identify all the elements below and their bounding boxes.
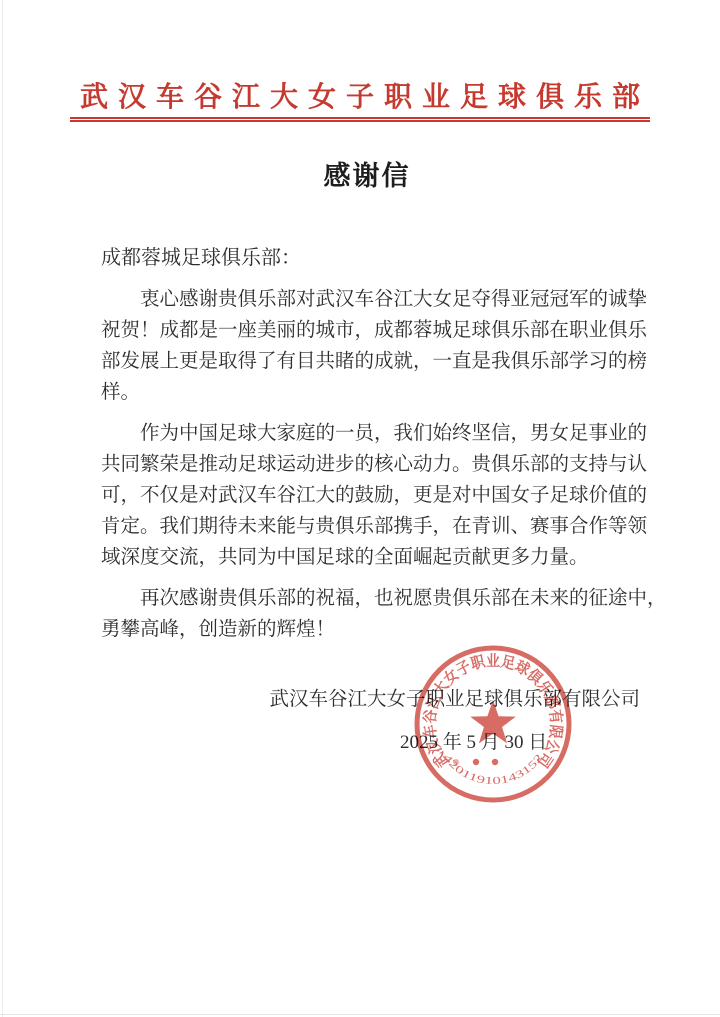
seal-star-icon <box>470 700 516 743</box>
scan-edge-left <box>2 0 3 1017</box>
letter-title: 感谢信 <box>0 160 720 192</box>
letter-body: 成都蓉城足球俱乐部： 衷心感谢贵俱乐部对武汉车谷江大女足夺得亚冠冠军的诚挚 祝贺… <box>101 243 667 645</box>
seal-dot <box>473 759 479 765</box>
seal-dot <box>453 759 459 765</box>
letter-line: 共同繁荣是推动足球运动进步的核心动力。贵俱乐部的支持与认 <box>101 449 667 480</box>
letter-line: 域深度交流，共同为中国足球的全面崛起贡献更多力量。 <box>101 542 667 573</box>
letter-line: 可，不仅是对武汉车谷江大的鼓励，更是对中国女子足球价值的 <box>101 480 667 511</box>
letter-line: 样。 <box>101 377 667 408</box>
letter-page: 武汉车谷江大女子职业足球俱乐部 感谢信 成都蓉城足球俱乐部： 衷心感谢贵俱乐部对… <box>0 0 720 1017</box>
letterhead-club-name: 武汉车谷江大女子职业足球俱乐部 <box>70 83 650 122</box>
letter-line: 肯定。我们期待未来能与贵俱乐部携手，在青训、赛事合作等领 <box>101 511 667 542</box>
seal-dot <box>492 759 498 765</box>
letter-line: 衷心感谢贵俱乐部对武汉车谷江大女足夺得亚冠冠军的诚挚 <box>101 284 667 315</box>
letter-line: 作为中国足球大家庭的一员，我们始终坚信，男女足事业的 <box>101 418 667 449</box>
paragraph-2: 作为中国足球大家庭的一员，我们始终坚信，男女足事业的 共同繁荣是推动足球运动进步… <box>101 418 667 573</box>
seal-number: 42011910143152 <box>441 752 546 787</box>
letterhead: 武汉车谷江大女子职业足球俱乐部 <box>0 83 720 122</box>
paragraph-1: 衷心感谢贵俱乐部对武汉车谷江大女足夺得亚冠冠军的诚挚 祝贺！成都是一座美丽的城市… <box>101 284 667 408</box>
salutation: 成都蓉城足球俱乐部： <box>101 243 667 274</box>
letter-line: 祝贺！成都是一座美丽的城市，成都蓉城足球俱乐部在职业俱乐 <box>101 315 667 346</box>
paragraph-3: 再次感谢贵俱乐部的祝福，也祝愿贵俱乐部在未来的征途中， 勇攀高峰，创造新的辉煌！ <box>101 583 667 645</box>
company-seal: 武汉车谷江大女子职业足球俱乐部有限公司 42011910143152 <box>403 640 585 822</box>
letter-line: 再次感谢贵俱乐部的祝福，也祝愿贵俱乐部在未来的征途中， <box>101 583 667 614</box>
scan-edge-bottom <box>0 1014 720 1015</box>
letter-line: 部发展上更是取得了有目共睹的成就，一直是我俱乐部学习的榜 <box>101 346 667 377</box>
